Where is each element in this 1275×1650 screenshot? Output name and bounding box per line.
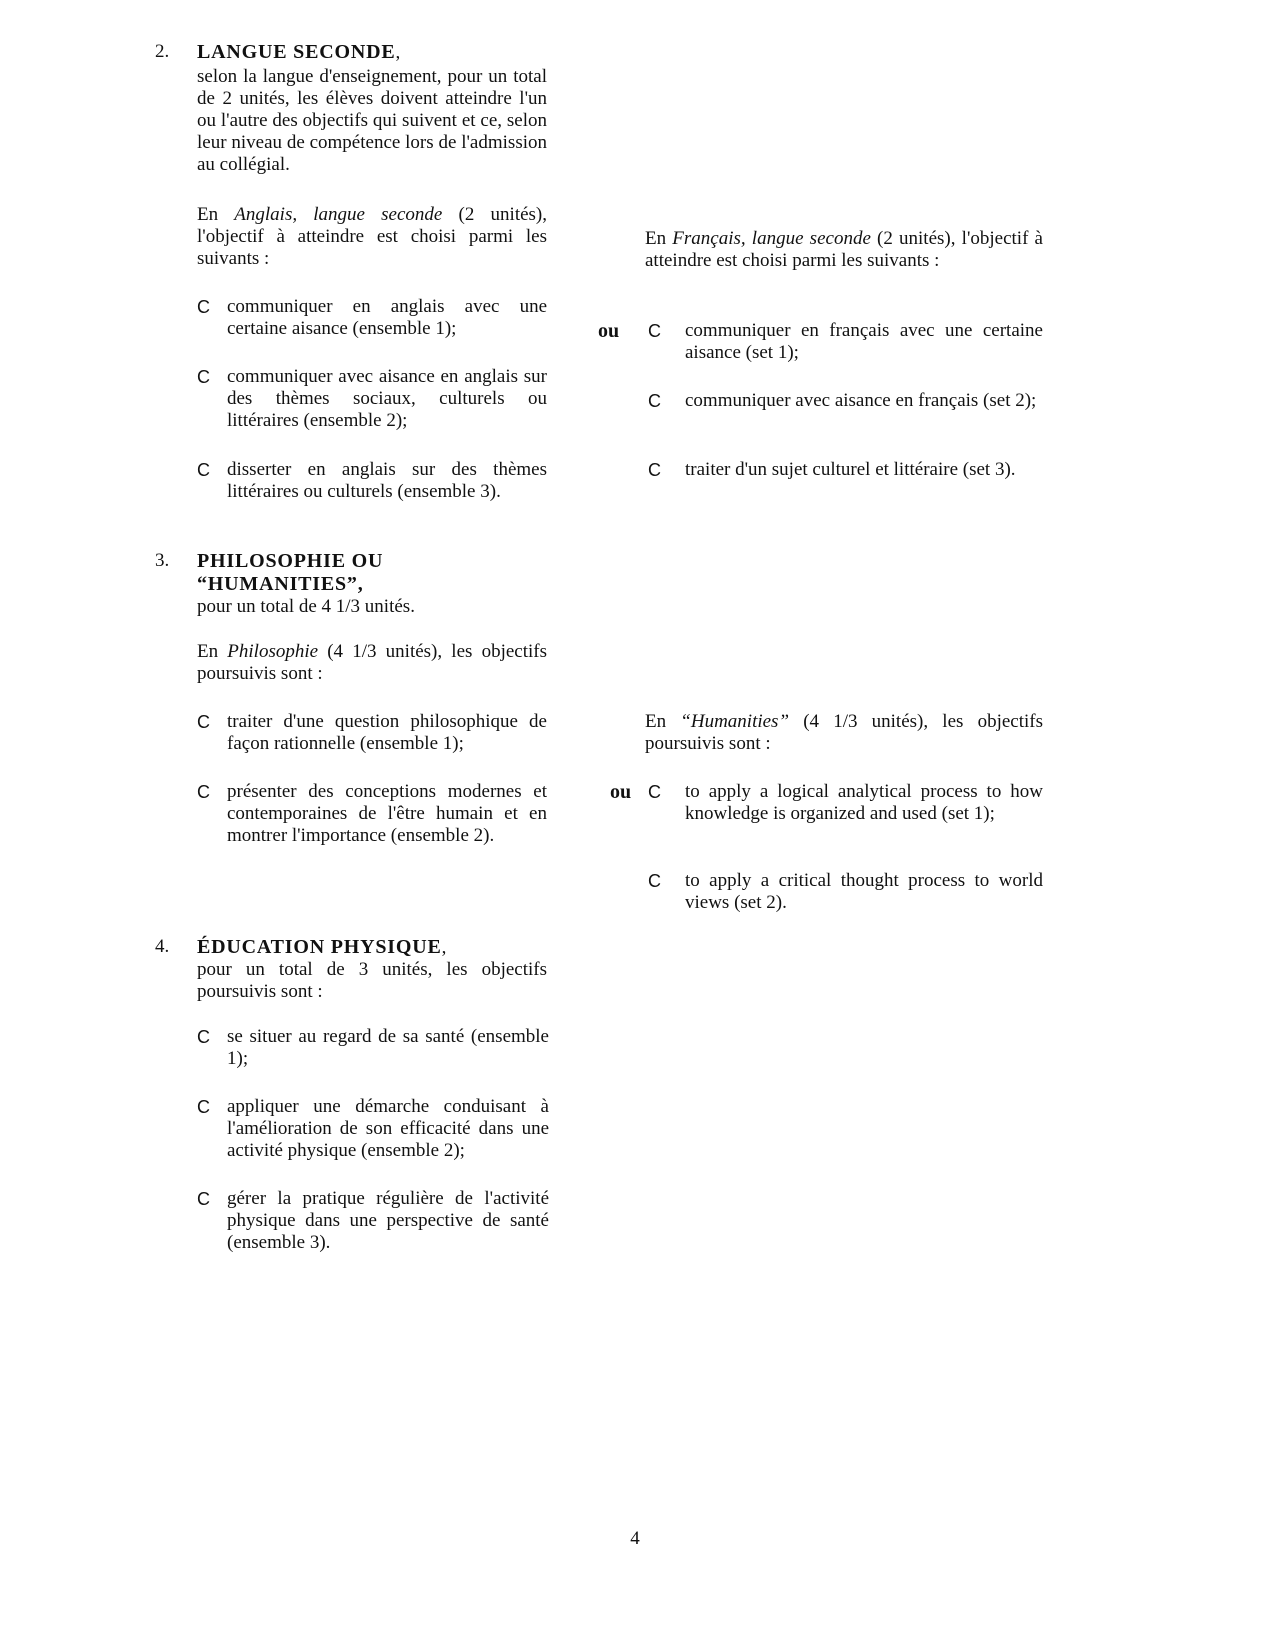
bullet-anglais-2: C communiquer avec aisance en anglais su… (197, 366, 547, 432)
bullet-icon: C (197, 296, 227, 318)
bullet-francais-2: C communiquer avec aisance en français (… (648, 390, 1043, 412)
section-4-title-comma: , (442, 937, 447, 958)
section-3-intro: pour un total de 4 1/3 unités. (197, 596, 415, 617)
lead-francais-emph: Français, langue seconde (672, 228, 871, 249)
lead-anglais-emph: Anglais, langue seconde (234, 204, 442, 225)
section-4-intro: pour un total de 3 unités, les objectifs… (197, 959, 547, 1003)
section-2-number: 2. (155, 41, 169, 63)
bullet-anglais-1: C communiquer en anglais avec une certai… (197, 296, 547, 340)
lead-philosophie-prefix: En (197, 641, 227, 662)
bullet-anglais-3: C disserter en anglais sur des thèmes li… (197, 459, 547, 503)
section-3-title-line2: “HUMANITIES”, (197, 573, 364, 595)
section-2-heading: 2. LANGUE SECONDE, (155, 41, 547, 64)
bullet-philosophie-2: C présenter des conceptions modernes et … (197, 781, 547, 847)
bullet-icon: C (197, 1026, 227, 1048)
section-4-title: ÉDUCATION PHYSIQUE (197, 936, 442, 958)
lead-humanities-prefix: En (645, 711, 680, 732)
section-3-number: 3. (155, 550, 169, 572)
bullet-icon: C (648, 459, 685, 481)
lead-francais: En Français, langue seconde (2 unités), … (645, 228, 1043, 272)
bullet-text: se situer au regard de sa santé (ensembl… (227, 1026, 549, 1070)
bullet-icon: C (197, 1188, 227, 1210)
bullet-icon: C (197, 366, 227, 388)
bullet-icon: C (648, 320, 685, 342)
bullet-text: traiter d'une question philosophique de … (227, 711, 547, 755)
bullet-icon: C (197, 781, 227, 803)
section-4-number: 4. (155, 936, 169, 958)
lead-francais-prefix: En (645, 228, 672, 249)
bullet-icon: C (197, 711, 227, 733)
bullet-text: communiquer avec aisance en français (se… (685, 390, 1043, 412)
bullet-text: to apply a critical thought process to w… (685, 870, 1043, 914)
bullet-icon: C (648, 781, 685, 803)
bullet-text: présenter des conceptions modernes et co… (227, 781, 547, 847)
lead-anglais-prefix: En (197, 204, 234, 225)
bullet-humanities-1: C to apply a logical analytical process … (648, 781, 1043, 825)
bullet-physique-3: C gérer la pratique régulière de l'activ… (197, 1188, 549, 1254)
lead-philosophie-emph: Philosophie (227, 641, 318, 662)
bullet-text: disserter en anglais sur des thèmes litt… (227, 459, 547, 503)
bullet-text: to apply a logical analytical process to… (685, 781, 1043, 825)
section-3-heading: 3. PHILOSOPHIE OU “HUMANITIES”, pour un … (155, 550, 547, 618)
section-2-title: LANGUE SECONDE (197, 41, 395, 63)
bullet-text: communiquer avec aisance en anglais sur … (227, 366, 547, 432)
page-number: 4 (600, 1528, 670, 1550)
bullet-icon: C (648, 390, 685, 412)
lead-humanities: En “Humanities” (4 1/3 unités), les obje… (645, 711, 1043, 755)
bullet-icon: C (197, 1096, 227, 1118)
section-4-heading: 4. ÉDUCATION PHYSIQUE, pour un total de … (155, 936, 547, 1003)
or-connector-1: ou (598, 320, 619, 342)
bullet-text: communiquer en anglais avec une certaine… (227, 296, 547, 340)
bullet-francais-3: C traiter d'un sujet culturel et littéra… (648, 459, 1043, 481)
bullet-francais-1: C communiquer en français avec une certa… (648, 320, 1043, 364)
section-2-intro: selon la langue d'enseignement, pour un … (197, 66, 547, 176)
bullet-text: traiter d'un sujet culturel et littérair… (685, 459, 1043, 481)
lead-philosophie: En Philosophie (4 1/3 unités), les objec… (197, 641, 547, 685)
bullet-physique-1: C se situer au regard de sa santé (ensem… (197, 1026, 549, 1070)
bullet-humanities-2: C to apply a critical thought process to… (648, 870, 1043, 914)
document-page: 2. LANGUE SECONDE, selon la langue d'ens… (0, 0, 1275, 1650)
bullet-icon: C (648, 870, 685, 892)
bullet-text: communiquer en français avec une certain… (685, 320, 1043, 364)
bullet-text: appliquer une démarche conduisant à l'am… (227, 1096, 549, 1162)
section-2-title-comma: , (395, 42, 400, 63)
lead-humanities-emph: “Humanities” (680, 711, 789, 732)
bullet-text: gérer la pratique régulière de l'activit… (227, 1188, 549, 1254)
lead-anglais: En Anglais, langue seconde (2 unités), l… (197, 204, 547, 270)
bullet-physique-2: C appliquer une démarche conduisant à l'… (197, 1096, 549, 1162)
section-3-title-line1: PHILOSOPHIE OU (197, 550, 383, 572)
bullet-icon: C (197, 459, 227, 481)
bullet-philosophie-1: C traiter d'une question philosophique d… (197, 711, 547, 755)
or-connector-2: ou (610, 781, 631, 803)
